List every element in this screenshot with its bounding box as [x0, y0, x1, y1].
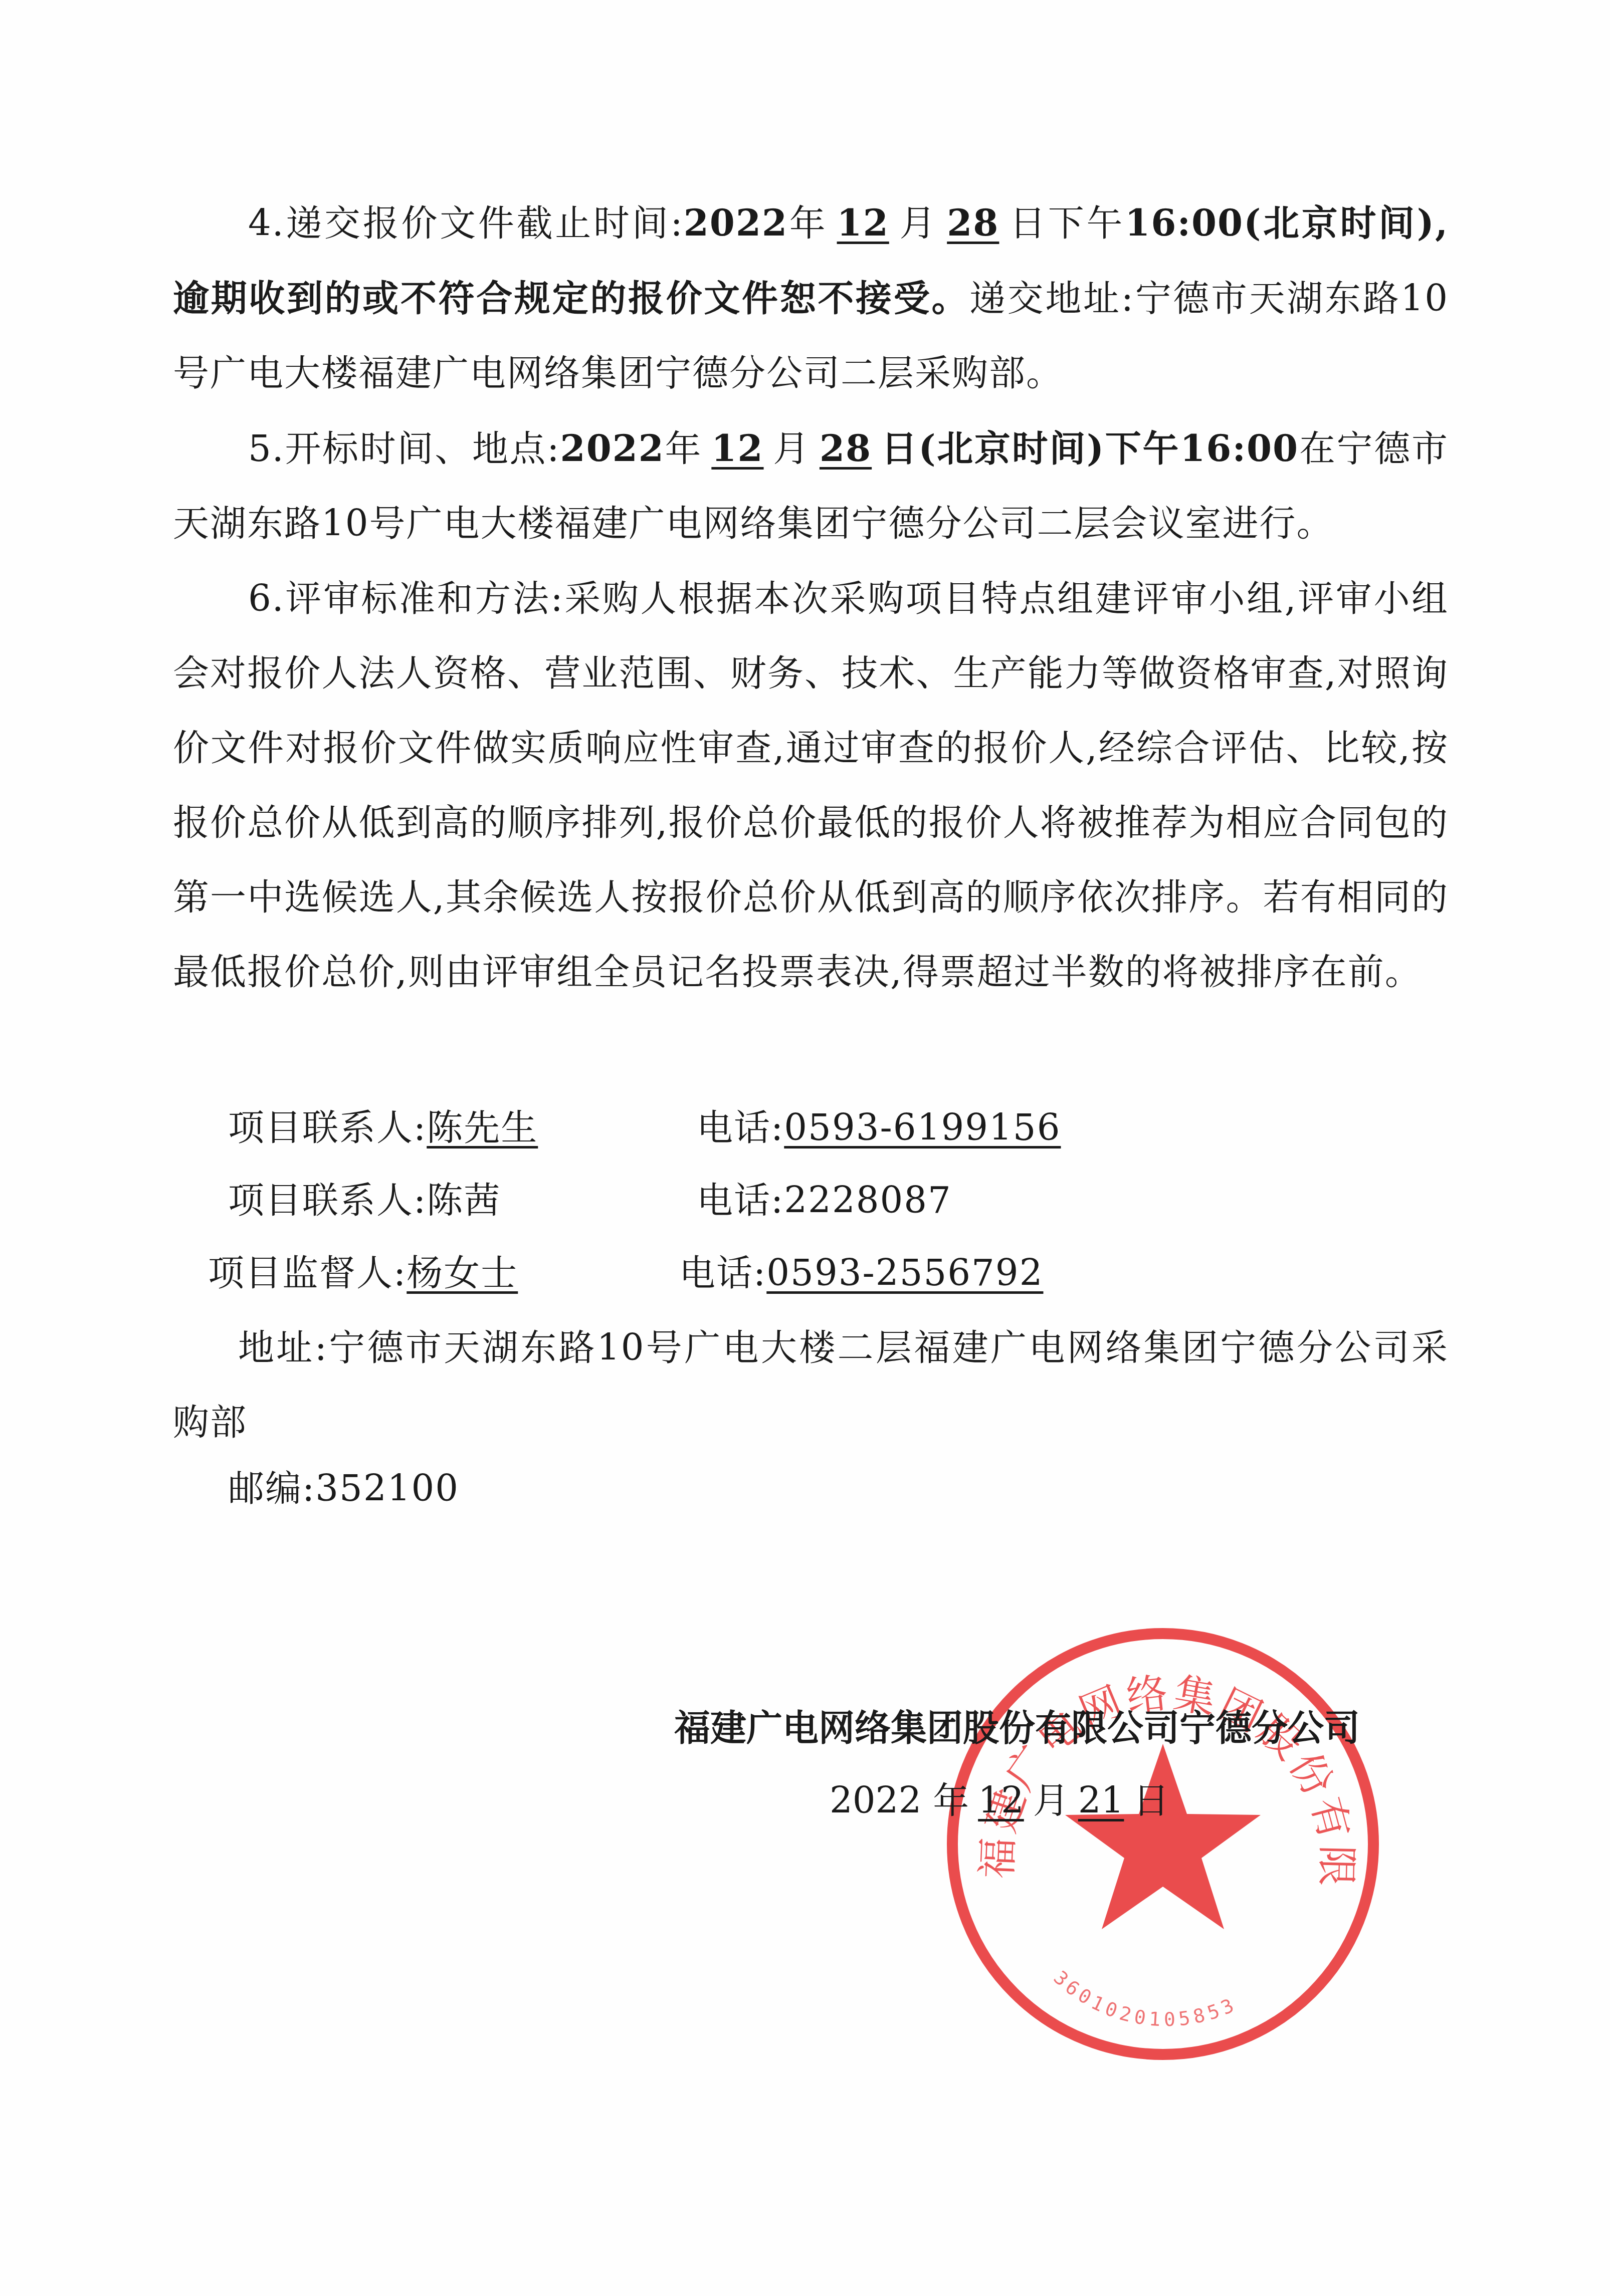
- item-4-number: 4.: [248, 202, 285, 244]
- signature-year: 2022: [830, 1779, 921, 1821]
- contact-name: 陈茜: [427, 1179, 501, 1221]
- item-4-time: 16:00(北京时间),: [1125, 201, 1449, 244]
- address-value: 宁德市天湖东路10号广电大楼二层福建广电网络集团宁德分公司采购部: [173, 1326, 1449, 1443]
- item-5-day: 28: [811, 427, 881, 470]
- contact-role: 项目联系人:: [228, 1106, 427, 1149]
- item-5-label: 开标时间、地点:: [285, 427, 560, 470]
- item-5-day-unit: 日(北京时间)下午16:00: [881, 427, 1299, 470]
- supervisor-row: 项目监督人:杨女士: [208, 1248, 518, 1298]
- signature-day: 21: [1069, 1779, 1133, 1821]
- signature-month-unit: 月: [1033, 1779, 1069, 1821]
- item-6-paragraph: 6.评审标准和方法:采购人根据本次采购项目特点组建评审小组,评审小组会对报价人法…: [173, 561, 1449, 1009]
- supervisor-name: 杨女士: [407, 1252, 518, 1294]
- supervisor-phone-row: 电话:0593-2556792: [679, 1248, 1044, 1298]
- item-4-day: 28: [938, 201, 1008, 244]
- address-label: 地址:: [238, 1326, 328, 1368]
- address-paragraph: 地址:宁德市天湖东路10号广电大楼二层福建广电网络集团宁德分公司采购部: [173, 1310, 1449, 1460]
- item-5-year: 2022: [560, 427, 665, 470]
- supervisor-role: 项目监督人:: [208, 1252, 407, 1294]
- item-4-bold-sentence: 逾期收到的或不符合规定的报价文件恕不接受。: [173, 277, 969, 319]
- signature-date: 2022 年12月21日: [830, 1771, 1169, 1823]
- item-4-month: 12: [828, 201, 898, 244]
- seal-icon: 福建广电网络集团股份有限公司宁德分公司 3601020105853: [937, 1619, 1388, 2070]
- contact-name: 陈先生: [427, 1106, 538, 1149]
- item-4-month-unit: 月: [898, 202, 938, 244]
- item-5-number: 5.: [248, 427, 285, 470]
- phone-number: 0593-2556792: [766, 1252, 1043, 1294]
- signature-year-unit: 年: [933, 1779, 969, 1821]
- item-4-label: 递交报价文件截止时间: [285, 202, 671, 244]
- item-5-month: 12: [702, 427, 772, 470]
- contact-row-2: 项目联系人:陈茜: [228, 1175, 501, 1225]
- item-4-year: 2022: [684, 201, 788, 244]
- seal-code: 3601020105853: [1050, 1966, 1241, 2030]
- postcode-value: 352100: [315, 1467, 459, 1509]
- item-4-colon: :: [671, 202, 684, 244]
- item-4-day-unit: 日下午: [1008, 202, 1125, 244]
- phone-number: 0593-6199156: [784, 1106, 1061, 1149]
- document-page: 4.递交报价文件截止时间:2022年12月28日下午16:00(北京时间),逾期…: [0, 0, 1610, 2296]
- contact-role: 项目联系人:: [228, 1179, 427, 1221]
- signature-company: 福建广电网络集团股份有限公司宁德分公司: [674, 1699, 1360, 1751]
- svg-text:3601020105853: 3601020105853: [1050, 1966, 1241, 2030]
- item-5-month-unit: 月: [773, 427, 811, 470]
- phone-label: 电话:: [697, 1106, 784, 1149]
- phone-label: 电话:: [679, 1252, 766, 1294]
- item-5-year-unit: 年: [665, 427, 702, 470]
- contact-phone-row-1: 电话:0593-6199156: [697, 1102, 1061, 1153]
- phone-label: 电话:: [697, 1179, 784, 1221]
- signature-day-unit: 日: [1133, 1779, 1169, 1821]
- item-4-year-unit: 年: [788, 202, 828, 244]
- postcode-row: 邮编:352100: [228, 1463, 459, 1513]
- item-4-paragraph: 4.递交报价文件截止时间:2022年12月28日下午16:00(北京时间),逾期…: [173, 185, 1449, 410]
- contact-phone-row-2: 电话:2228087: [697, 1175, 952, 1225]
- item-5-paragraph: 5.开标时间、地点:2022年12月28日(北京时间)下午16:00在宁德市天湖…: [173, 411, 1449, 561]
- phone-number: 2228087: [784, 1179, 952, 1221]
- company-seal: 福建广电网络集团股份有限公司宁德分公司 3601020105853: [937, 1619, 1388, 2070]
- postcode-label: 邮编:: [228, 1467, 315, 1509]
- signature-month: 12: [969, 1779, 1033, 1821]
- contact-row-1: 项目联系人:陈先生: [228, 1102, 538, 1153]
